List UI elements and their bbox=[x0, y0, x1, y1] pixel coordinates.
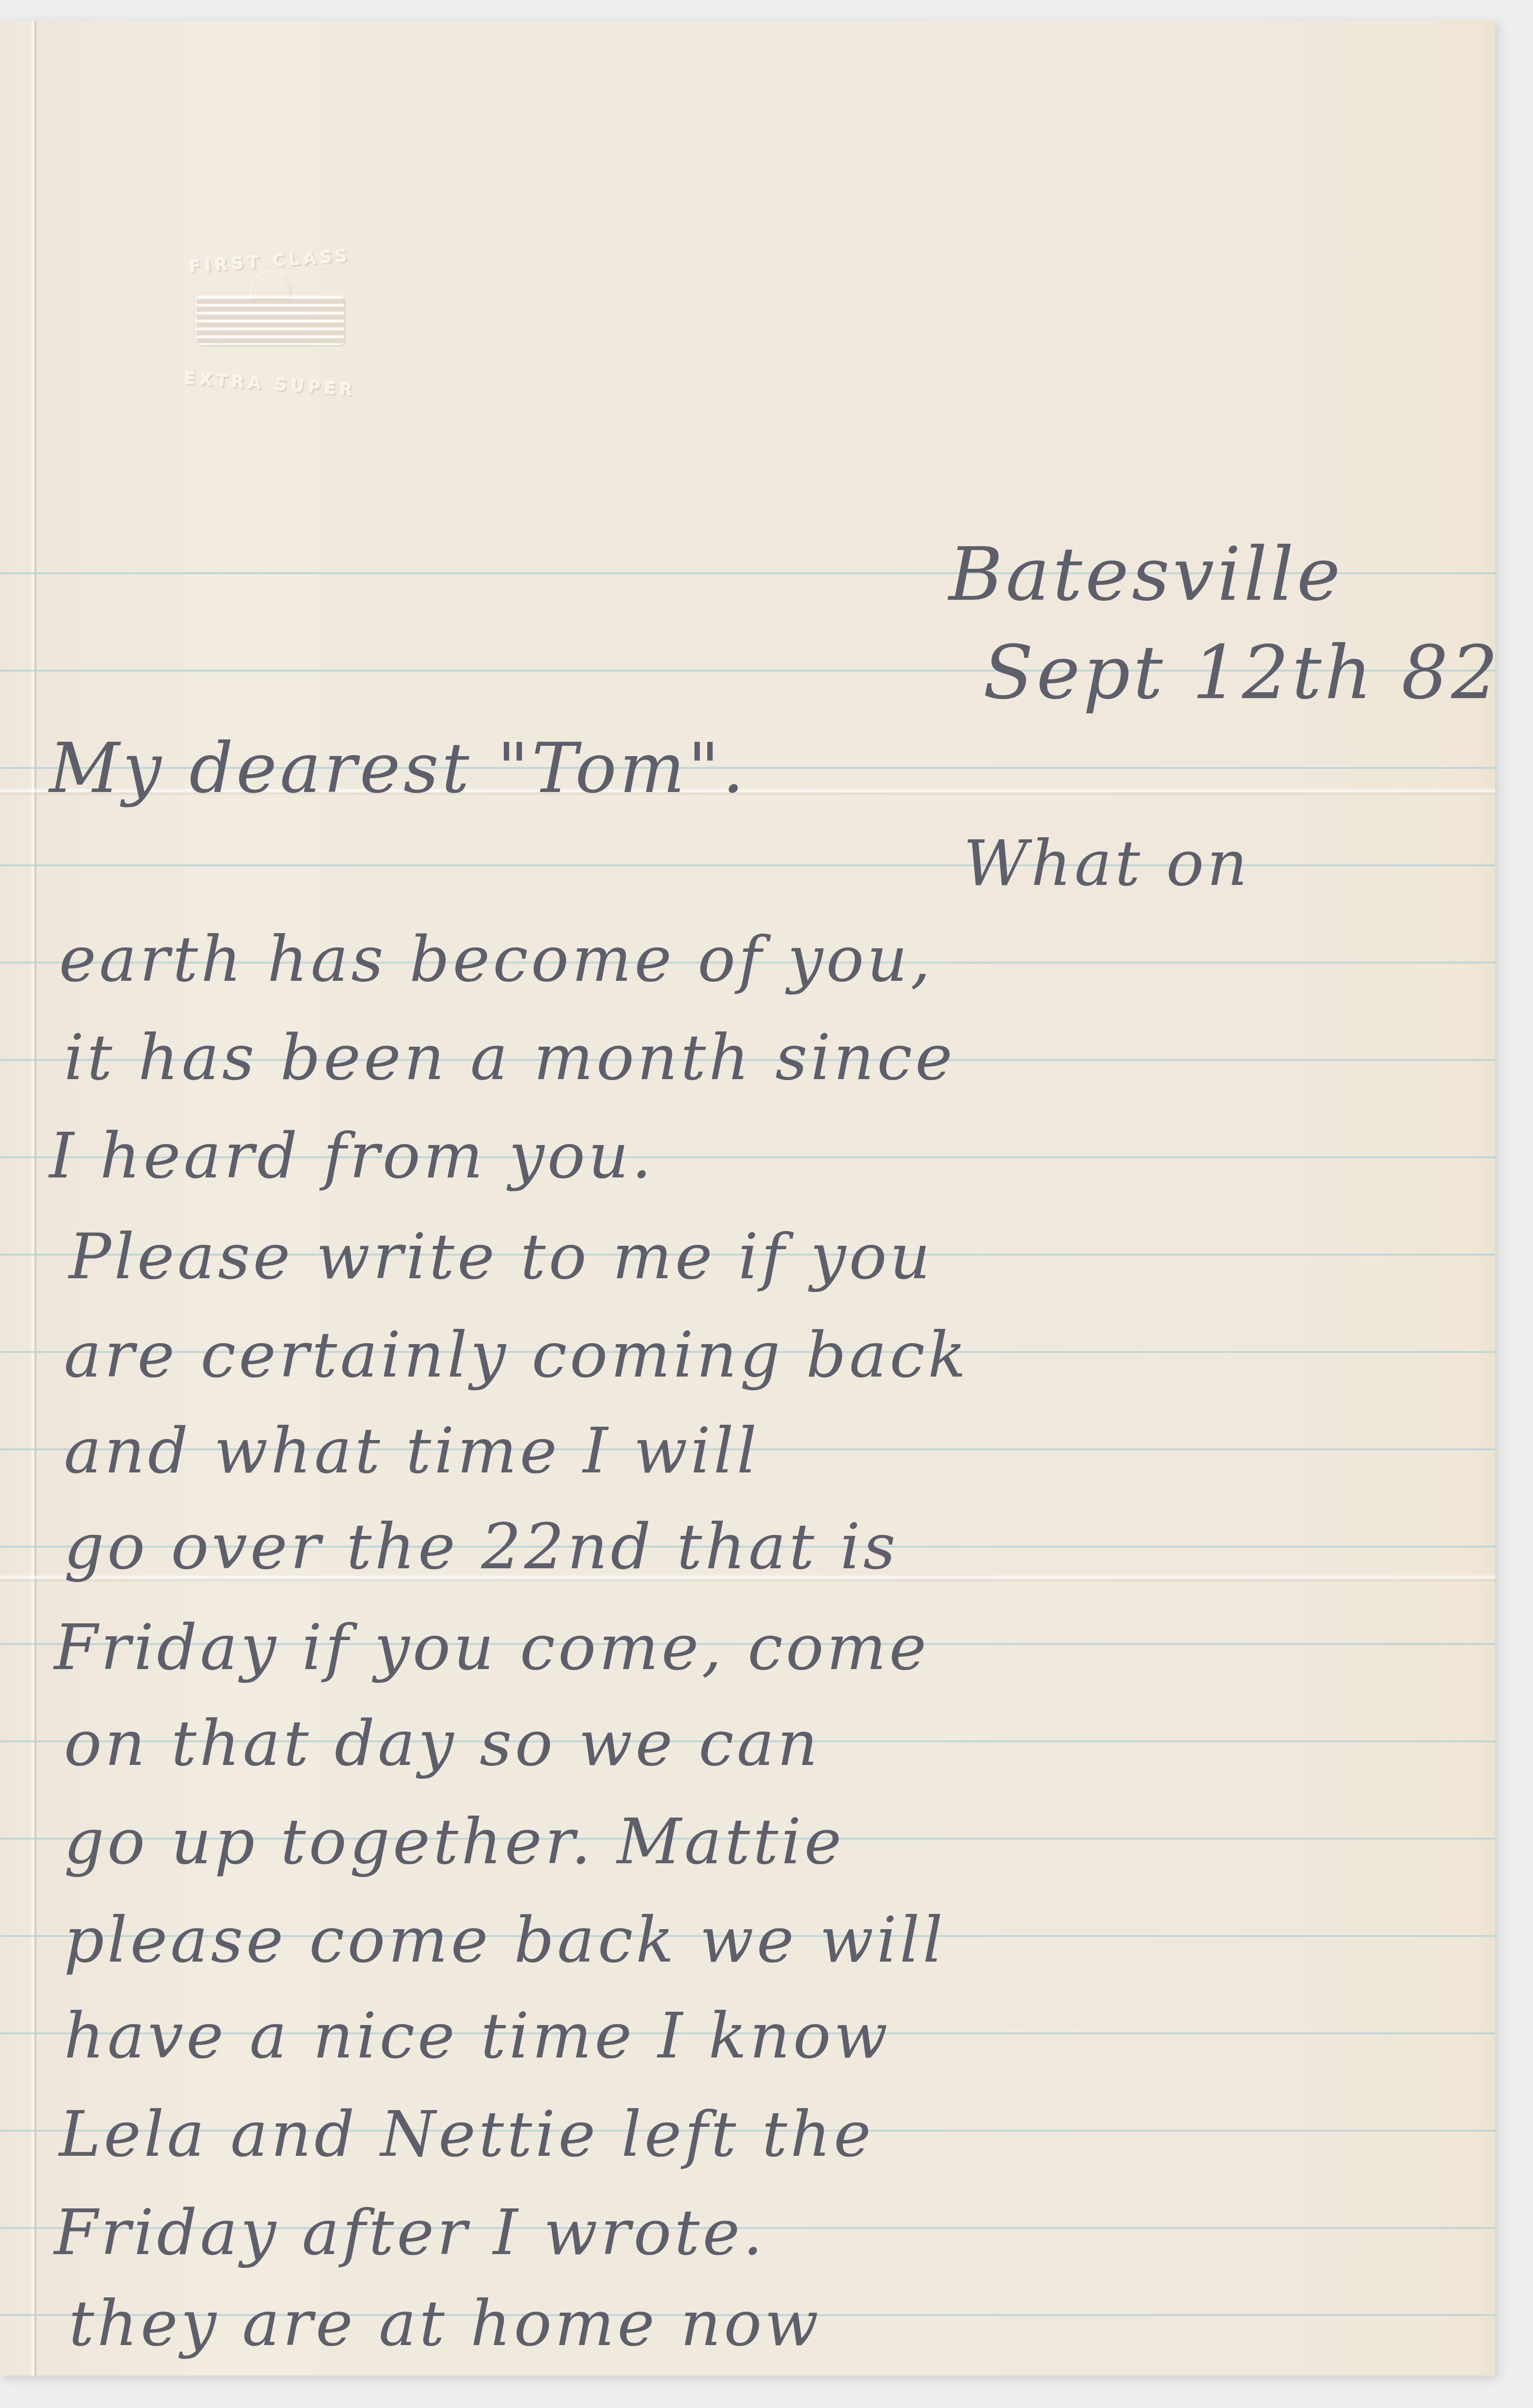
letter-page: FIRST CLASS EXTRA SUPER Batesville Sept … bbox=[0, 21, 1495, 2376]
body-line: they are at home now bbox=[69, 2287, 821, 2360]
body-line: Lela and Nettie left the bbox=[59, 2098, 874, 2171]
body-line: and what time I will bbox=[64, 1414, 760, 1488]
body-line: Friday if you come, come bbox=[54, 1611, 929, 1684]
body-line: have a nice time I know bbox=[64, 1999, 891, 2073]
body-line: please come back we will bbox=[64, 1904, 946, 1977]
left-edge-fold bbox=[30, 21, 37, 2376]
body-line: go over the 22nd that is bbox=[64, 1510, 898, 1584]
body-line: I heard from you. bbox=[49, 1119, 655, 1193]
body-line: on that day so we can bbox=[64, 1707, 821, 1780]
letter-date: Sept 12th 82 bbox=[983, 630, 1501, 716]
letter-place: Batesville bbox=[949, 532, 1343, 617]
body-line: it has been a month since bbox=[64, 1021, 955, 1094]
body-line: are certainly coming back bbox=[64, 1319, 969, 1392]
salutation: My dearest "Tom". bbox=[49, 729, 747, 809]
body-line: What on bbox=[963, 827, 1250, 900]
body-line: Please write to me if you bbox=[69, 1220, 933, 1293]
emboss-bottom-text: EXTRA SUPER bbox=[162, 367, 379, 402]
body-line: earth has become of you, bbox=[59, 923, 933, 996]
body-line: go up together. Mattie bbox=[64, 1805, 844, 1879]
ruled-line bbox=[0, 864, 1495, 866]
body-line: Friday after I wrote. bbox=[54, 2196, 766, 2269]
building-dome-icon bbox=[251, 271, 290, 298]
building-icon bbox=[197, 296, 344, 345]
embossed-stamp: FIRST CLASS EXTRA SUPER bbox=[162, 242, 378, 404]
